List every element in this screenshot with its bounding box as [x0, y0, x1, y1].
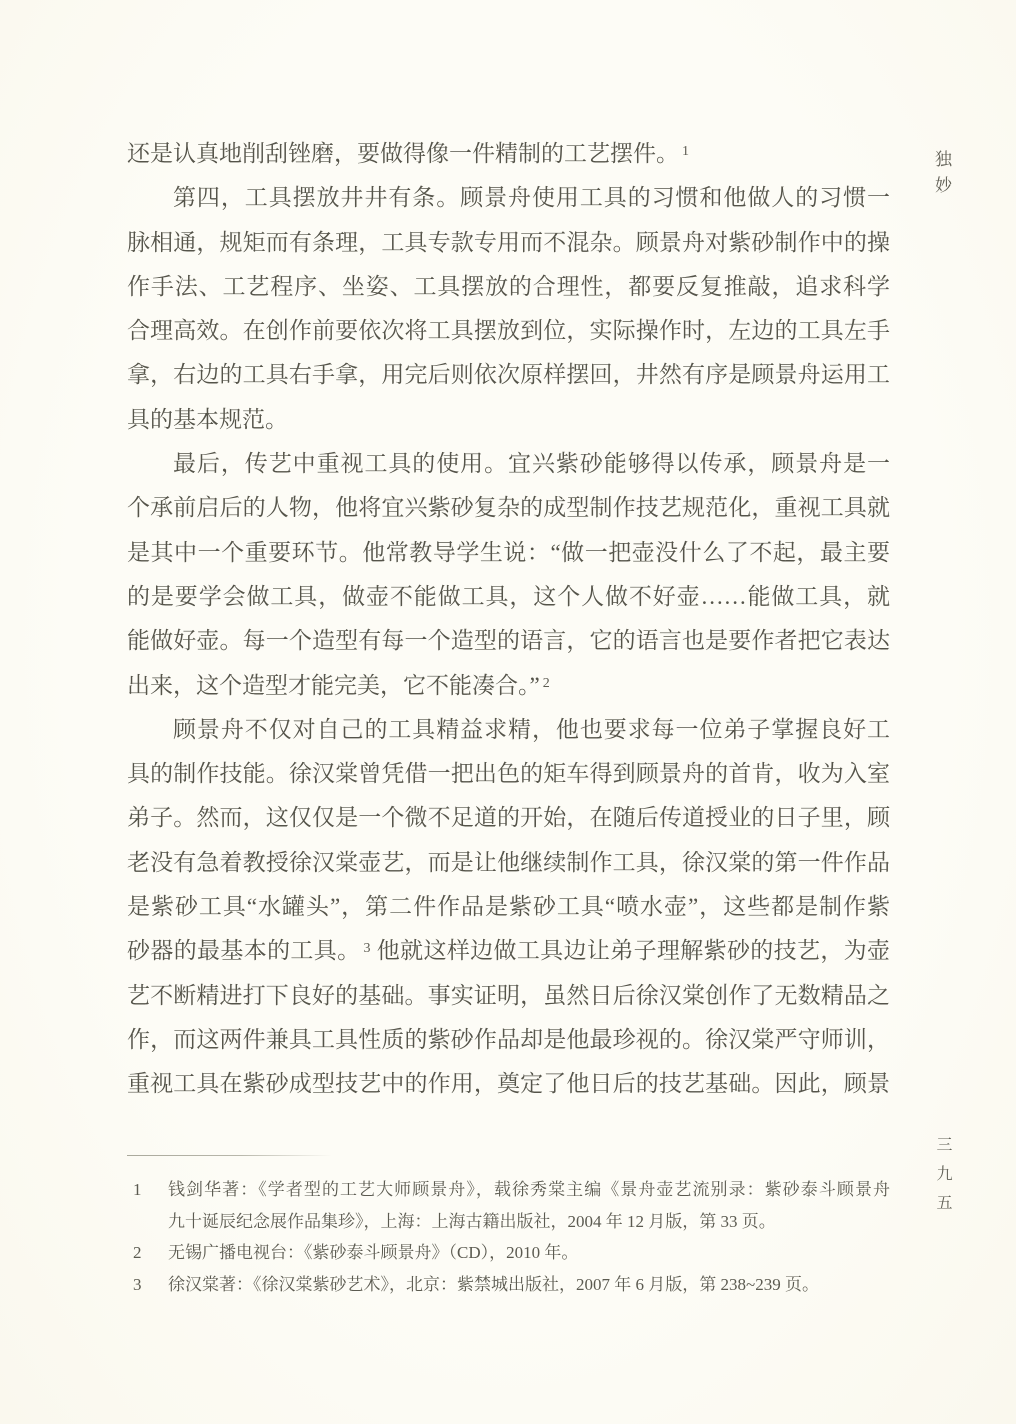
body-line: 重视工具在紫砂成型技艺中的作用，奠定了他日后的技艺基础。因此，顾景	[127, 1062, 890, 1106]
footnote-divider	[127, 1155, 332, 1156]
footnote-ref-2: 2	[540, 676, 550, 691]
footnote-number	[133, 1206, 168, 1238]
body-line-text: 出来，这个造型才能完美，它不能凑合。”	[127, 673, 540, 698]
footnote-text: 九十诞辰纪念展作品集珍》，上海：上海古籍出版社，2004 年 12 月版，第 3…	[168, 1206, 890, 1238]
body-line: 顾景舟不仅对自己的工具精益求精，他也要求每一位弟子掌握良好工	[127, 708, 890, 752]
footnote-text: 徐汉棠著：《徐汉棠紫砂艺术》，北京：紫禁城出版社，2007 年 6 月版，第 2…	[168, 1269, 890, 1301]
body-line-text: 还是认真地削刮锉磨，要做得像一件精制的工艺摆件。	[127, 141, 679, 166]
body-line: 作手法、工艺程序、坐姿、工具摆放的合理性，都要反复推敲，追求科学	[127, 265, 890, 309]
body-line-text: 他就这样边做工具边让弟子理解紫砂的技艺，为壶	[370, 938, 890, 963]
body-line: 出来，这个造型才能完美，它不能凑合。”2	[127, 664, 890, 708]
body-text: 还是认真地削刮锉磨，要做得像一件精制的工艺摆件。1 第四，工具摆放井井有条。顾景…	[127, 132, 890, 1107]
body-line: 的是要学会做工具，做壶不能做工具，这个人做不好壶……能做工具，就	[127, 575, 890, 619]
footnote-number: 3	[133, 1269, 168, 1301]
footnote-number: 1	[133, 1174, 168, 1206]
footnote-line: 1 钱剑华著：《学者型的工艺大师顾景舟》，载徐秀棠主编《景舟壶艺流别录：紫砂泰斗…	[133, 1174, 890, 1206]
body-line: 艺不断精进打下良好的基础。事实证明，虽然日后徐汉棠创作了无数精品之	[127, 974, 890, 1018]
body-line-text: 砂器的最基本的工具。	[127, 938, 360, 963]
body-line: 能做好壶。每一个造型有每一个造型的语言，它的语言也是要作者把它表达	[127, 619, 890, 663]
footnote-ref-3: 3	[360, 941, 370, 956]
footnote-line: 九十诞辰纪念展作品集珍》，上海：上海古籍出版社，2004 年 12 月版，第 3…	[133, 1206, 890, 1238]
body-line: 砂器的最基本的工具。3他就这样边做工具边让弟子理解紫砂的技艺，为壶	[127, 929, 890, 973]
body-line: 第四，工具摆放井井有条。顾景舟使用工具的习惯和他做人的习惯一	[127, 176, 890, 220]
body-line: 最后，传艺中重视工具的使用。宜兴紫砂能够得以传承，顾景舟是一	[127, 442, 890, 486]
body-line: 作，而这两件兼具工具性质的紫砂作品却是他最珍视的。徐汉棠严守师训，	[127, 1018, 890, 1062]
body-line: 具的基本规范。	[127, 398, 890, 442]
body-line: 拿，右边的工具右手拿，用完后则依次原样摆回，井然有序是顾景舟运用工	[127, 353, 890, 397]
body-line: 脉相通，规矩而有条理，工具专款专用而不混杂。顾景舟对紫砂制作中的操	[127, 221, 890, 265]
footnote-line: 2 无锡广播电视台：《紫砂泰斗顾景舟》（CD），2010 年。	[133, 1237, 890, 1269]
body-line: 老没有急着教授徐汉棠壶艺，而是让他继续制作工具，徐汉棠的第一件作品	[127, 841, 890, 885]
body-line: 个承前启后的人物，他将宜兴紫砂复杂的成型制作技艺规范化，重视工具就	[127, 486, 890, 530]
footnote-number: 2	[133, 1237, 168, 1269]
body-line: 是紫砂工具“水罐头”，第二件作品是紫砂工具“喷水壶”，这些都是制作紫	[127, 885, 890, 929]
book-page: 独妙 还是认真地削刮锉磨，要做得像一件精制的工艺摆件。1 第四，工具摆放井井有条…	[0, 0, 1016, 1424]
body-line: 弟子。然而，这仅仅是一个微不足道的开始，在随后传道授业的日子里，顾	[127, 796, 890, 840]
page-number: 三九五	[931, 1136, 954, 1223]
footnote-text: 无锡广播电视台：《紫砂泰斗顾景舟》（CD），2010 年。	[168, 1237, 890, 1269]
footnotes-section: 1 钱剑华著：《学者型的工艺大师顾景舟》，载徐秀棠主编《景舟壶艺流别录：紫砂泰斗…	[133, 1174, 890, 1300]
footnote-ref-1: 1	[679, 144, 689, 159]
body-line: 还是认真地削刮锉磨，要做得像一件精制的工艺摆件。1	[127, 132, 890, 176]
body-line: 是其中一个重要环节。他常教导学生说：“做一把壶没什么了不起，最主要	[127, 531, 890, 575]
body-line: 具的制作技能。徐汉棠曾凭借一把出色的矩车得到顾景舟的首肯，收为入室	[127, 752, 890, 796]
body-line: 合理高效。在创作前要依次将工具摆放到位，实际操作时，左边的工具左手	[127, 309, 890, 353]
footnote-text: 钱剑华著：《学者型的工艺大师顾景舟》，载徐秀棠主编《景舟壶艺流别录：紫砂泰斗顾景…	[168, 1174, 890, 1206]
footnote-line: 3 徐汉棠著：《徐汉棠紫砂艺术》，北京：紫禁城出版社，2007 年 6 月版，第…	[133, 1269, 890, 1301]
margin-chapter-label: 独妙	[929, 150, 954, 202]
